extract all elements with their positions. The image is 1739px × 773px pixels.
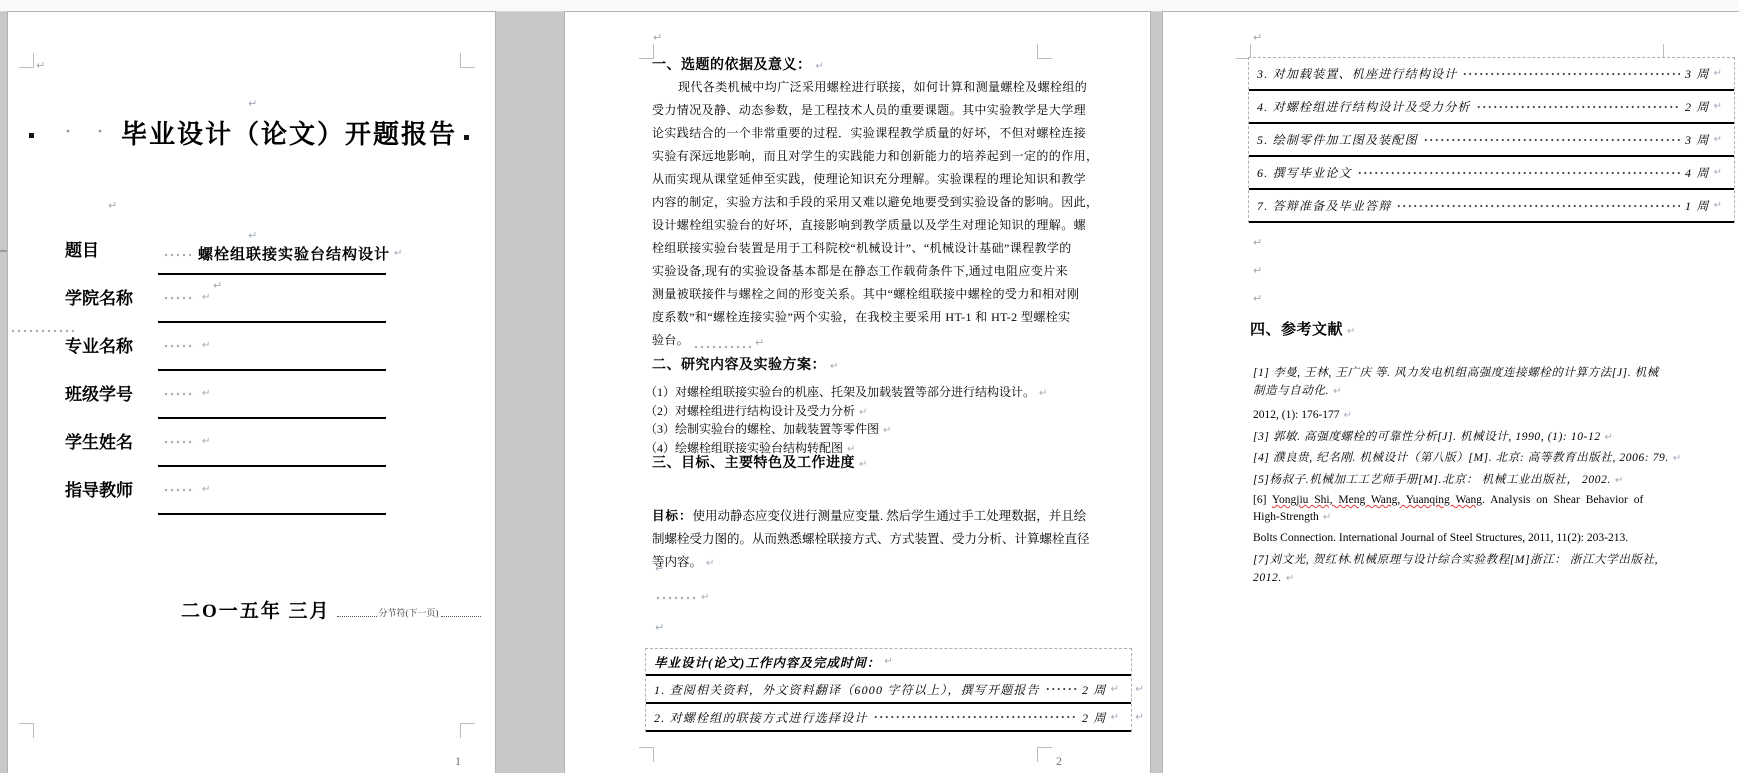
crop-mark-icon — [639, 747, 654, 762]
field-label: 指导教师 — [65, 481, 159, 501]
task-text: 4. 对螺栓组进行结构设计及受力分析 — [1257, 98, 1471, 115]
goal-paragraph: 目标：使用动静态应变仪进行测量应变量. 然后学生通过手工处理数据，并且绘 制螺栓… — [652, 482, 1127, 575]
schedule-row: 3. 对加载装置、机座进行结构设计 3 周 ↵ ↵ — [1249, 58, 1734, 91]
pilcrow-mark-icon: ↵ — [202, 340, 210, 351]
field-value: 螺栓组联接实验台结构设计 — [198, 243, 390, 264]
goal-text: 使用动静态应变仪进行测量应变量. 然后学生通过手工处理数据，并且绘 制螺栓受力图… — [652, 509, 1090, 569]
fill-in-underline — [158, 513, 386, 515]
references-heading-text: 四、参考文献 — [1250, 322, 1343, 338]
pilcrow-mark-icon: ↵ — [202, 484, 210, 495]
crop-mark-icon — [19, 53, 34, 68]
word-print-layout-view: ↵ ↵ ↵ ↵ ↵ · · 毕业设计（论文）开题报告 题目 螺栓组联接实验台结构… — [0, 0, 1739, 773]
schedule-row: 1. 查阅相关资料，外文资料翻译（6000 字符以上），撰写开题报告 2 周 ↵… — [646, 676, 1131, 704]
pilcrow-mark-icon: ↵ — [1253, 293, 1262, 304]
row-end-mark-icon: ↵ — [1135, 684, 1145, 695]
pilcrow-mark-icon: ↵ — [394, 248, 402, 259]
schedule-row: 2. 对螺栓组的联接方式进行选择设计 2 周 ↵ ↵ — [646, 704, 1131, 732]
research-item-text: （1）对螺栓组联接实验台的机座、托架及加载装置等部分进行结构设计。 — [645, 385, 1035, 399]
dot-leader — [873, 712, 1077, 722]
research-item-text: （2）对螺栓组进行结构设计及受力分析 — [645, 404, 855, 418]
schedule-row: 6. 撰写毕业论文 4 周 ↵ ↵ — [1249, 157, 1734, 190]
field-label: 专业名称 — [65, 337, 159, 357]
page-number: 2 — [1056, 754, 1062, 769]
section-heading-2-text: 二、研究内容及实验方案： — [652, 358, 826, 373]
pilcrow-mark-icon: ↵ — [1253, 237, 1262, 248]
crop-mark-icon — [460, 723, 475, 738]
reference-item: [7]刘文光, 贺红林.机械原理与设计综合实验教程[M]浙江： 浙江大学出版社,… — [1253, 533, 1685, 588]
goal-label: 目标： — [652, 509, 693, 523]
crop-mark-icon — [1037, 44, 1052, 59]
pilcrow-mark-icon: ↵ — [202, 436, 210, 447]
schedule-table-page3[interactable]: 3. 对加载装置、机座进行结构设计 3 周 ↵ ↵ 4. 对螺栓组进行结构设计及… — [1248, 57, 1735, 223]
task-text: 6. 撰写毕业论文 — [1257, 164, 1352, 181]
dot-leader — [1462, 69, 1680, 79]
pilcrow-mark-icon: ↵ — [1111, 684, 1119, 695]
pilcrow-mark-icon: ↵ — [1714, 134, 1722, 145]
space-dots-mark — [693, 342, 751, 352]
pilcrow-mark-icon: ↵ — [1714, 200, 1722, 211]
pilcrow-mark-icon: ↵ — [859, 459, 867, 470]
dot-leader — [1423, 135, 1680, 145]
pilcrow-mark-icon: ↵ — [706, 558, 714, 569]
task-duration: 2 周 — [1082, 681, 1107, 698]
section-heading-1: 一、选题的依据及意义：↵ — [652, 54, 824, 74]
field-label: 班级学号 — [65, 385, 159, 405]
task-duration: 3 周 — [1685, 65, 1710, 82]
anchor-mark-icon — [464, 135, 469, 140]
task-duration: 4 周 — [1685, 164, 1710, 181]
pilcrow-mark-icon: ↵ — [248, 98, 257, 109]
pilcrow-mark-icon: ↵ — [36, 60, 45, 71]
space-dots-mark — [655, 593, 697, 603]
pilcrow-mark-icon: ↵ — [108, 200, 117, 211]
row-end-mark-icon: ↵ — [1135, 712, 1145, 723]
pilcrow-mark-icon: ↵ — [1714, 68, 1722, 79]
dot-leader — [1357, 168, 1680, 178]
form-field-row[interactable]: 专业名称 ↵ — [8, 333, 495, 381]
schedule-rows-page2: 1. 查阅相关资料，外文资料翻译（6000 字符以上），撰写开题报告 2 周 ↵… — [646, 676, 1131, 732]
spellcheck-flagged-names: Yongjiu Shi, Meng Wang, Yuanqing Wang — [1272, 494, 1482, 506]
reference-text: [7]刘文光, 贺红林.机械原理与设计综合实验教程[M]浙江： 浙江大学出版社,… — [1253, 554, 1658, 584]
dot-leader — [1476, 102, 1680, 112]
page-2-body[interactable]: ↵ 一、选题的依据及意义：↵ 现代各类机械中均广泛采用螺栓进行联接，如何计算和测… — [565, 12, 1150, 773]
section-heading-1-text: 一、选题的依据及意义： — [652, 58, 812, 73]
page-3-references[interactable]: ↵ 3. 对加载装置、机座进行结构设计 3 周 ↵ ↵ 4. 对螺栓组进行结构设… — [1163, 12, 1739, 773]
intro-paragraph: 现代各类机械中均广泛采用螺栓进行联接，如何计算和测量螺栓及螺栓组的 受力情况及静… — [652, 76, 1122, 352]
task-text: 3. 对加载装置、机座进行结构设计 — [1257, 65, 1457, 82]
section-heading-2: 二、研究内容及实验方案：↵ — [652, 354, 838, 374]
field-label: 学院名称 — [65, 289, 159, 309]
margin-tick — [0, 250, 7, 252]
crop-mark-icon — [1037, 747, 1052, 762]
section-break-marker: 分节符(下一页) — [337, 606, 481, 619]
task-text: 1. 查阅相关资料，外文资料翻译（6000 字符以上），撰写开题报告 — [654, 681, 1040, 698]
pilcrow-mark-icon: ↵ — [1111, 712, 1119, 723]
top-strip — [0, 0, 1739, 12]
dot-leader — [1045, 684, 1077, 694]
pilcrow-mark-icon: ↵ — [655, 622, 664, 633]
fill-in-underline — [158, 369, 386, 371]
section-heading-3: 三、目标、主要特色及工作进度↵ — [652, 452, 867, 472]
task-duration: 2 周 — [1685, 98, 1710, 115]
schedule-table-header: 毕业设计(论文)工作内容及完成时间：↵ — [646, 649, 1131, 676]
pilcrow-mark-icon: ↵ — [202, 292, 210, 303]
fill-in-underline — [158, 321, 386, 323]
research-items-list: （1）对螺栓组联接实验台的机座、托架及加载装置等部分进行结构设计。↵ （2）对螺… — [645, 384, 1047, 458]
references-heading: 四、参考文献↵ — [1250, 318, 1355, 339]
pilcrow-mark-icon: ↵ — [1714, 101, 1722, 112]
section-break-label: 分节符(下一页) — [379, 606, 439, 619]
cover-form-fields: 题目 螺栓组联接实验台结构设计 ↵ 学院名称 ↵ — [8, 237, 495, 525]
pilcrow-mark-icon: ↵ — [701, 592, 709, 603]
space-dots-mark — [163, 389, 195, 399]
field-label: 题目 — [65, 241, 159, 261]
pilcrow-mark-icon: ↵ — [1253, 265, 1262, 276]
research-item-text: （3）绘制实验台的螺栓、加载装置等零件图 — [645, 422, 879, 436]
crop-mark-icon — [19, 723, 34, 738]
form-field-row[interactable]: 学院名称 ↵ — [8, 285, 495, 333]
page-1-cover[interactable]: ↵ ↵ ↵ ↵ ↵ · · 毕业设计（论文）开题报告 题目 螺栓组联接实验台结构… — [8, 12, 495, 773]
form-field-row[interactable]: 班级学号 ↵ — [8, 381, 495, 429]
space-dots-mark — [163, 341, 195, 351]
schedule-row: 5. 绘制零件加工图及装配图 3 周 ↵ ↵ — [1249, 124, 1734, 157]
task-duration: 1 周 — [1685, 197, 1710, 214]
research-item: （3）绘制实验台的螺栓、加载装置等零件图↵ — [645, 421, 1047, 440]
research-item: （1）对螺栓组联接实验台的机座、托架及加载装置等部分进行结构设计。↵ — [645, 384, 1047, 403]
schedule-rows-page3: 3. 对加载装置、机座进行结构设计 3 周 ↵ ↵ 4. 对螺栓组进行结构设计及… — [1249, 58, 1734, 223]
schedule-table-header-text: 毕业设计(论文)工作内容及完成时间： — [654, 653, 880, 671]
report-date: 二O一五年 三月 — [181, 596, 331, 623]
fill-in-underline — [158, 273, 386, 275]
form-field-row[interactable]: 学生姓名 ↵ — [8, 429, 495, 477]
form-field-row[interactable]: 题目 螺栓组联接实验台结构设计 ↵ — [8, 237, 495, 285]
space-dots-mark — [163, 437, 195, 447]
space-dots-mark — [163, 293, 195, 303]
pilcrow-mark-icon: ↵ — [1039, 388, 1047, 399]
dot-leader — [1396, 201, 1680, 211]
pilcrow-mark-icon: ↵ — [859, 407, 867, 418]
task-duration: 3 周 — [1685, 131, 1710, 148]
task-text: 5. 绘制零件加工图及装配图 — [1257, 131, 1418, 148]
field-label: 学生姓名 — [65, 433, 159, 453]
pilcrow-mark-icon: ↵ — [755, 337, 764, 348]
space-dots-mark — [163, 250, 195, 260]
pilcrow-mark-icon: ↵ — [655, 563, 664, 574]
schedule-row: 7. 答辩准备及毕业答辩 1 周 ↵ ↵ — [1249, 190, 1734, 223]
task-text: 7. 答辩准备及毕业答辩 — [1257, 197, 1391, 214]
section-heading-3-text: 三、目标、主要特色及工作进度 — [652, 456, 855, 471]
pilcrow-mark-icon: ↵ — [1253, 32, 1262, 43]
date-line: 二O一五年 三月 分节符(下一页) — [181, 596, 481, 623]
empty-dots-line: ↵ — [655, 592, 709, 603]
form-field-row[interactable]: 指导教师 ↵ — [8, 477, 495, 525]
pilcrow-mark-icon: ↵ — [1347, 326, 1355, 337]
anchor-mark-icon — [29, 133, 34, 138]
reference-text: [6] — [1253, 494, 1272, 506]
pilcrow-mark-icon: ↵ — [1286, 573, 1294, 584]
pilcrow-mark-icon: ↵ — [883, 425, 891, 436]
report-title-row: · · 毕业设计（论文）开题报告 — [64, 114, 457, 151]
report-title: 毕业设计（论文）开题报告 — [121, 114, 457, 151]
pilcrow-mark-icon: ↵ — [202, 388, 210, 399]
pilcrow-mark-icon: ↵ — [884, 656, 892, 667]
task-text: 2. 对螺栓组的联接方式进行选择设计 — [654, 709, 868, 726]
pilcrow-mark-icon: ↵ — [816, 61, 824, 72]
page-number: 1 — [455, 754, 461, 769]
fill-in-underline — [158, 417, 386, 419]
section-break-dotted-line — [441, 607, 481, 617]
space-dots-mark: · · — [64, 119, 113, 146]
schedule-row: 4. 对螺栓组进行结构设计及受力分析 2 周 ↵ ↵ — [1249, 91, 1734, 124]
schedule-table-page2[interactable]: 毕业设计(论文)工作内容及完成时间：↵ 1. 查阅相关资料，外文资料翻译（600… — [645, 648, 1132, 732]
section-break-dotted-line — [337, 607, 377, 617]
pilcrow-mark-icon: ↵ — [653, 32, 662, 43]
pilcrow-mark-icon: ↵ — [1714, 167, 1722, 178]
fill-in-underline — [158, 465, 386, 467]
space-dots-mark — [163, 485, 195, 495]
research-item: （2）对螺栓组进行结构设计及受力分析↵ — [645, 403, 1047, 422]
task-duration: 2 周 — [1082, 709, 1107, 726]
crop-mark-icon — [460, 53, 475, 68]
pilcrow-mark-icon: ↵ — [830, 361, 838, 372]
